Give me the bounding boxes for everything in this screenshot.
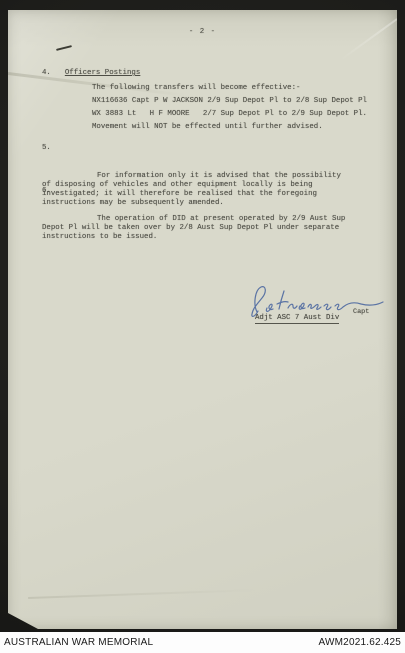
section-5-number: 5.	[42, 144, 51, 153]
section-4-title: Officers Postings	[65, 69, 140, 77]
text-line: NX116636 Capt P W JACKSON 2/9 Sup Depot …	[92, 95, 367, 108]
section-6: 6. The operation of DID at present opera…	[42, 187, 382, 261]
pencil-mark	[56, 45, 72, 51]
section-4-body: The following transfers will become effe…	[92, 82, 367, 134]
signature-typed-title: Adjt ASC 7 Aust Div	[255, 314, 339, 324]
text-line: The operation of DID at present operated…	[42, 215, 382, 224]
accession-number: AWM2021.62.425	[319, 637, 401, 648]
scanned-page: - 2 - 4.Officers Postings The following …	[8, 10, 397, 629]
text-line: WX 3883 Lt H F MOORE 2/7 Sup Depot Pl to…	[92, 108, 367, 121]
text-line: Movement will NOT be effected until furt…	[92, 121, 367, 134]
section-4-heading: 4.Officers Postings	[42, 69, 140, 77]
section-6-body: The operation of DID at present operated…	[42, 215, 382, 243]
awm-caption-bar: AUSTRALIAN WAR MEMORIAL AWM2021.62.425	[0, 632, 405, 653]
section-4-number: 4.	[42, 69, 51, 77]
signature-rank: Capt	[353, 308, 369, 316]
signature-block: Capt Adjt ASC 7 Aust Div	[243, 278, 388, 334]
section-6-number: 6.	[42, 187, 51, 196]
paper-fold-crease	[340, 18, 398, 61]
page-number: - 2 -	[8, 28, 397, 36]
text-line: The following transfers will become effe…	[92, 82, 367, 95]
archive-name: AUSTRALIAN WAR MEMORIAL	[4, 637, 153, 648]
scan-viewport: { "colors": { "paper": "#d9d9cb", "ink":…	[0, 0, 405, 653]
text-line: Depot Pl will be taken over by 2/8 Aust …	[42, 224, 382, 233]
text-line: instructions to be issued.	[42, 233, 382, 242]
paper-crease	[28, 589, 258, 599]
text-line: For information only it is advised that …	[42, 172, 372, 181]
